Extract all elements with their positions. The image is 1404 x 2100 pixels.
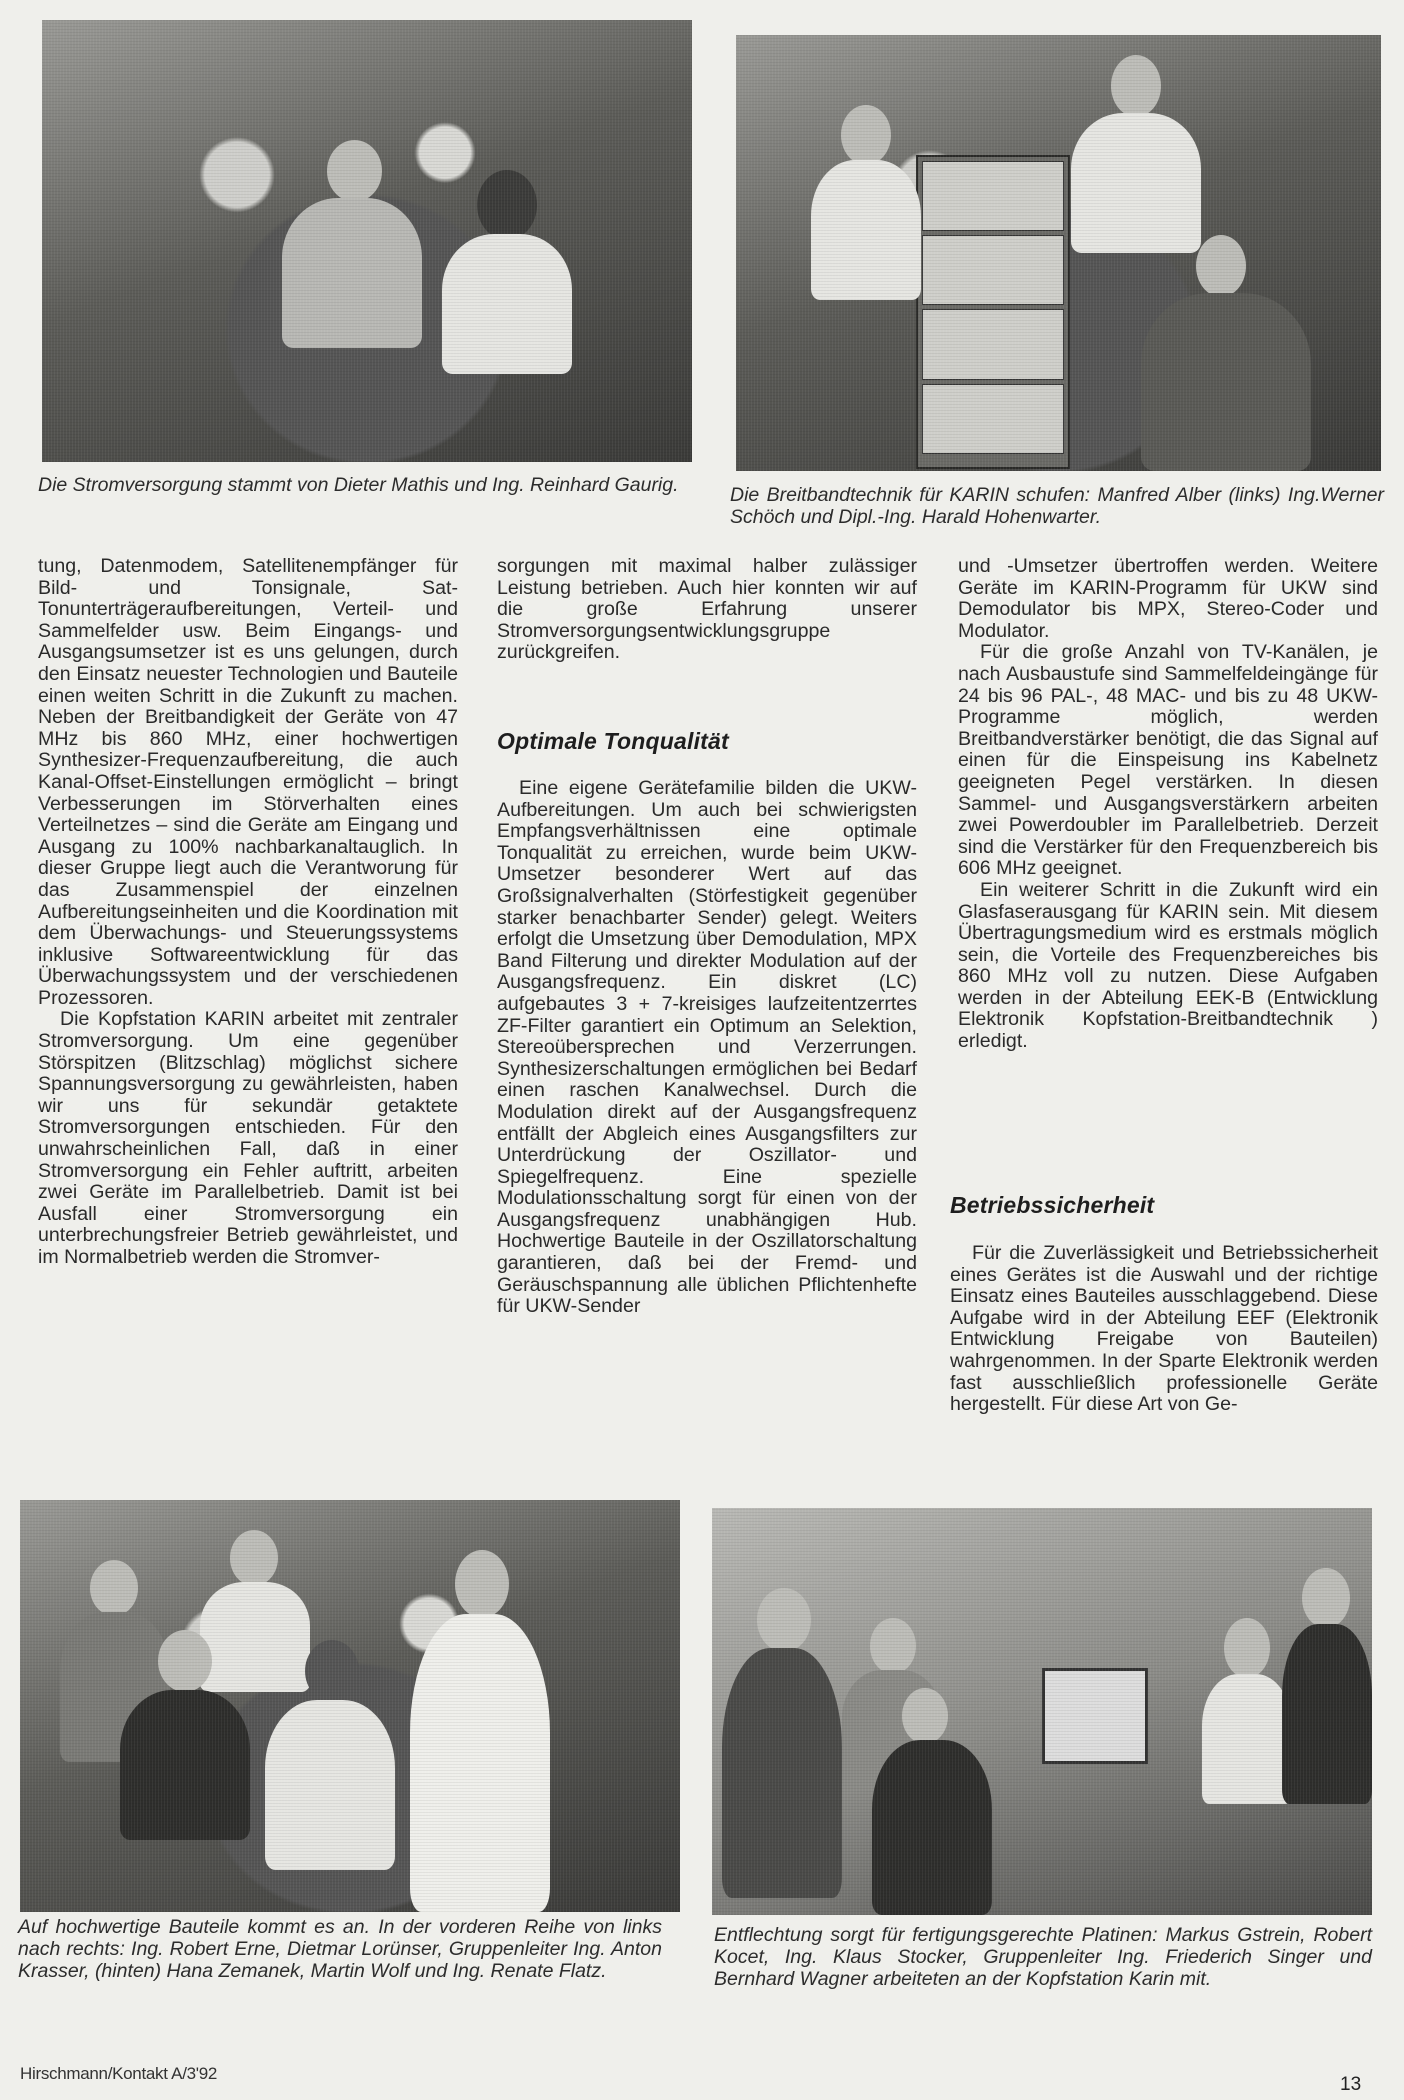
page-number: 13 <box>1340 2074 1361 2096</box>
person-figure <box>120 1630 250 1910</box>
paragraph: Eine eigene Gerätefamilie bilden die UKW… <box>497 778 917 1318</box>
person-figure <box>400 1550 560 1912</box>
paragraph: und -Umsetzer übertroffen werden. Weiter… <box>958 556 1378 642</box>
person-figure <box>722 1588 842 1915</box>
paragraph: sorgungen mit maximal halber zulässiger … <box>497 556 917 664</box>
person-figure <box>872 1688 992 1915</box>
person-figure <box>260 1640 400 1910</box>
caption-unbundling: Entflechtung sorgt für fertigungsgerecht… <box>714 1924 1372 1990</box>
paragraph: Die Kopfstation KARIN arbeitet mit zentr… <box>38 1009 458 1268</box>
caption-broadband: Die Breitbandtechnik für KARIN schufen: … <box>730 484 1384 528</box>
person-figure <box>60 1560 170 1760</box>
photo-power-supply <box>42 20 692 462</box>
person-figure <box>1282 1568 1372 1915</box>
person-figure <box>1066 55 1206 335</box>
person-figure <box>1136 235 1316 471</box>
person-figure <box>842 1618 942 1818</box>
person-figure <box>806 105 926 465</box>
paragraph: Für die große Anzahl von TV-Kanälen, je … <box>958 642 1378 880</box>
computer-monitor <box>1042 1668 1148 1764</box>
person-figure <box>200 1530 310 1730</box>
article-column-left: tung, Datenmodem, Satellitenempfänger fü… <box>38 556 458 1269</box>
paragraph: Ein weiterer Schritt in die Zukunft wird… <box>958 880 1378 1053</box>
publication-footer: Hirschmann/Kontakt A/3'92 <box>20 2064 217 2084</box>
person-figure <box>272 140 432 440</box>
paragraph: Für die Zuverlässigkeit und Betriebssich… <box>950 1243 1378 1416</box>
article-column-right-cont: Für die Zuverlässigkeit und Betriebssich… <box>950 1243 1378 1416</box>
article-column-right: und -Umsetzer übertroffen werden. Weiter… <box>958 556 1378 1053</box>
article-column-middle-cont: Eine eigene Gerätefamilie bilden die UKW… <box>497 778 917 1318</box>
caption-power-supply: Die Stromversorgung stammt von Dieter Ma… <box>38 474 690 496</box>
equipment-rack <box>916 155 1070 469</box>
section-heading-betriebssicherheit: Betriebssicherheit <box>950 1192 1154 1219</box>
article-column-middle: sorgungen mit maximal halber zulässiger … <box>497 556 917 664</box>
section-heading-optimale-tonqualitaet: Optimale Tonqualität <box>497 728 729 755</box>
person-figure <box>1202 1618 1292 1915</box>
caption-components: Auf hochwertige Bauteile kommt es an. In… <box>18 1916 662 1982</box>
paragraph: tung, Datenmodem, Satellitenempfänger fü… <box>38 556 458 1009</box>
photo-components <box>20 1500 680 1912</box>
photo-unbundling <box>712 1508 1372 1915</box>
photo-broadband <box>736 35 1381 471</box>
person-figure <box>432 170 582 460</box>
